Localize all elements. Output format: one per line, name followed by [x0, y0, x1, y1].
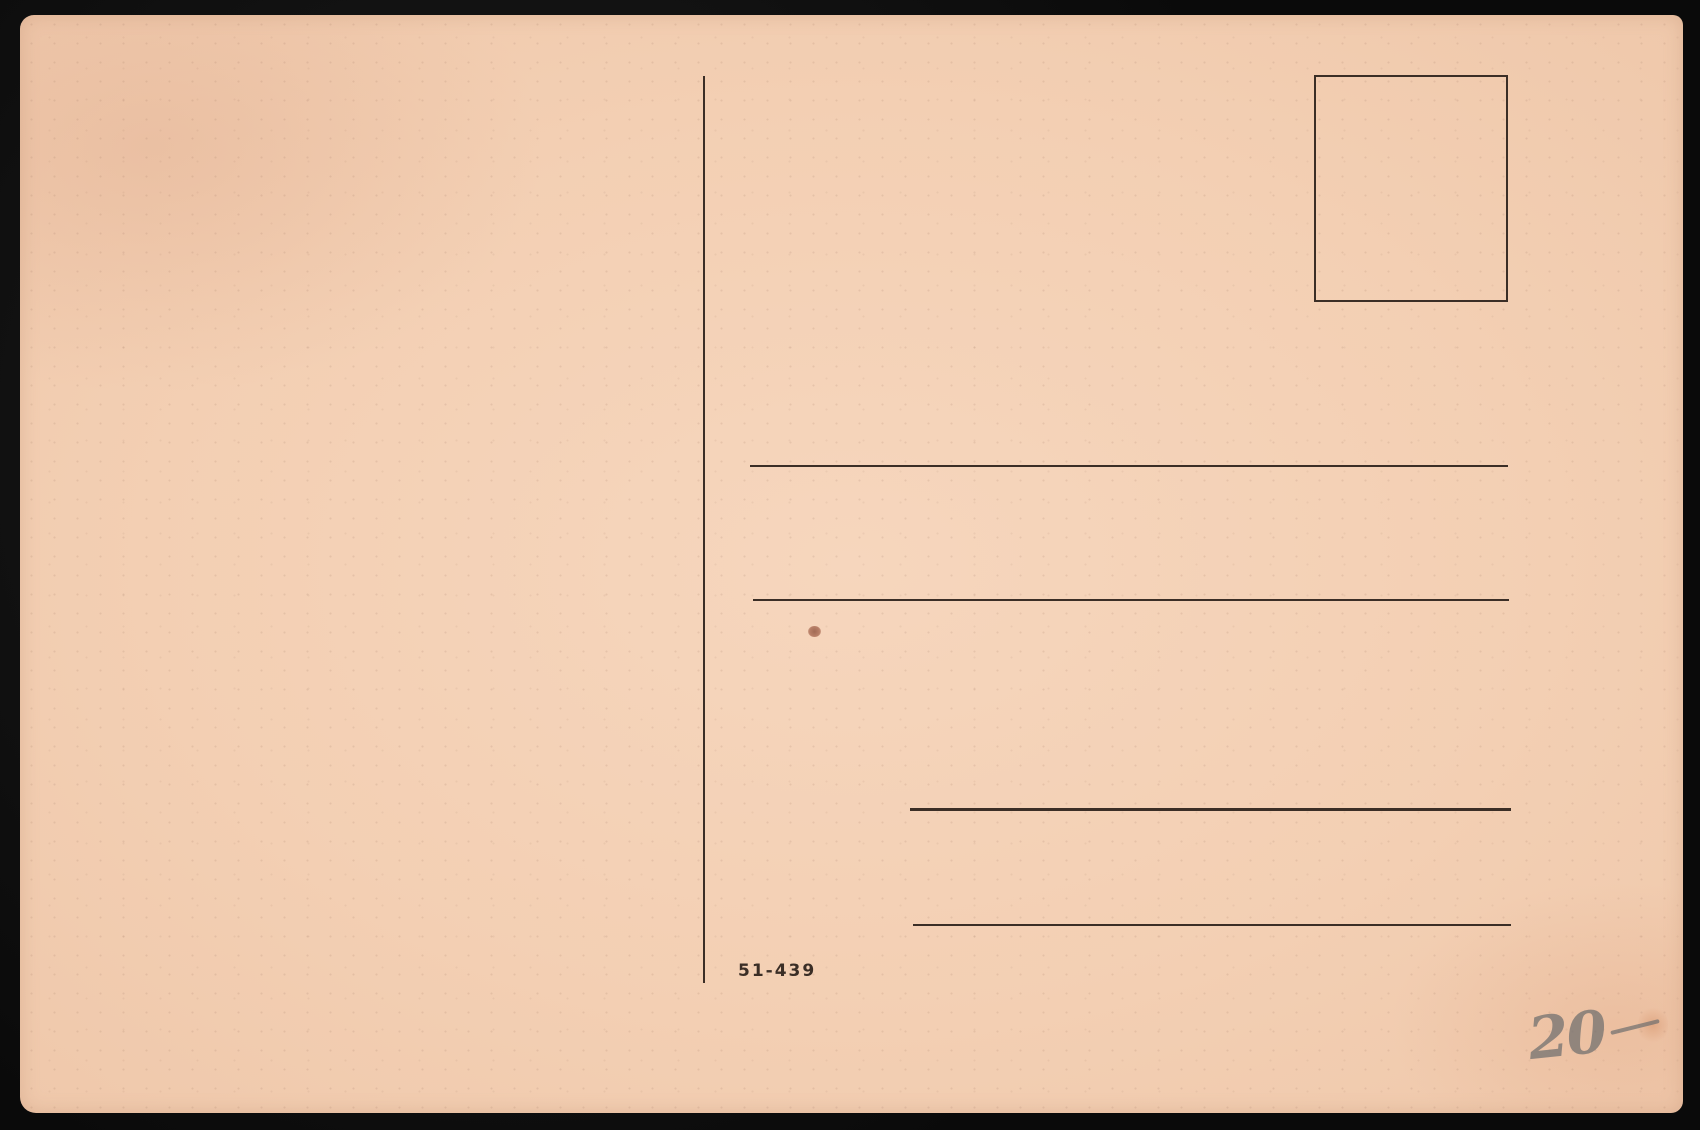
catalog-number: 51-439: [738, 961, 816, 981]
postcard-back: 51-439 20: [20, 15, 1683, 1113]
address-line-2: [753, 599, 1509, 601]
handwritten-price: 20: [1525, 997, 1608, 1073]
address-line-4: [913, 924, 1511, 926]
stamp-box: [1314, 75, 1508, 302]
message-address-divider: [703, 76, 705, 983]
address-line-3: [910, 808, 1511, 811]
ink-stain: [808, 626, 821, 637]
address-line-1: [750, 465, 1508, 467]
photo-background: 51-439 20: [0, 0, 1700, 1130]
